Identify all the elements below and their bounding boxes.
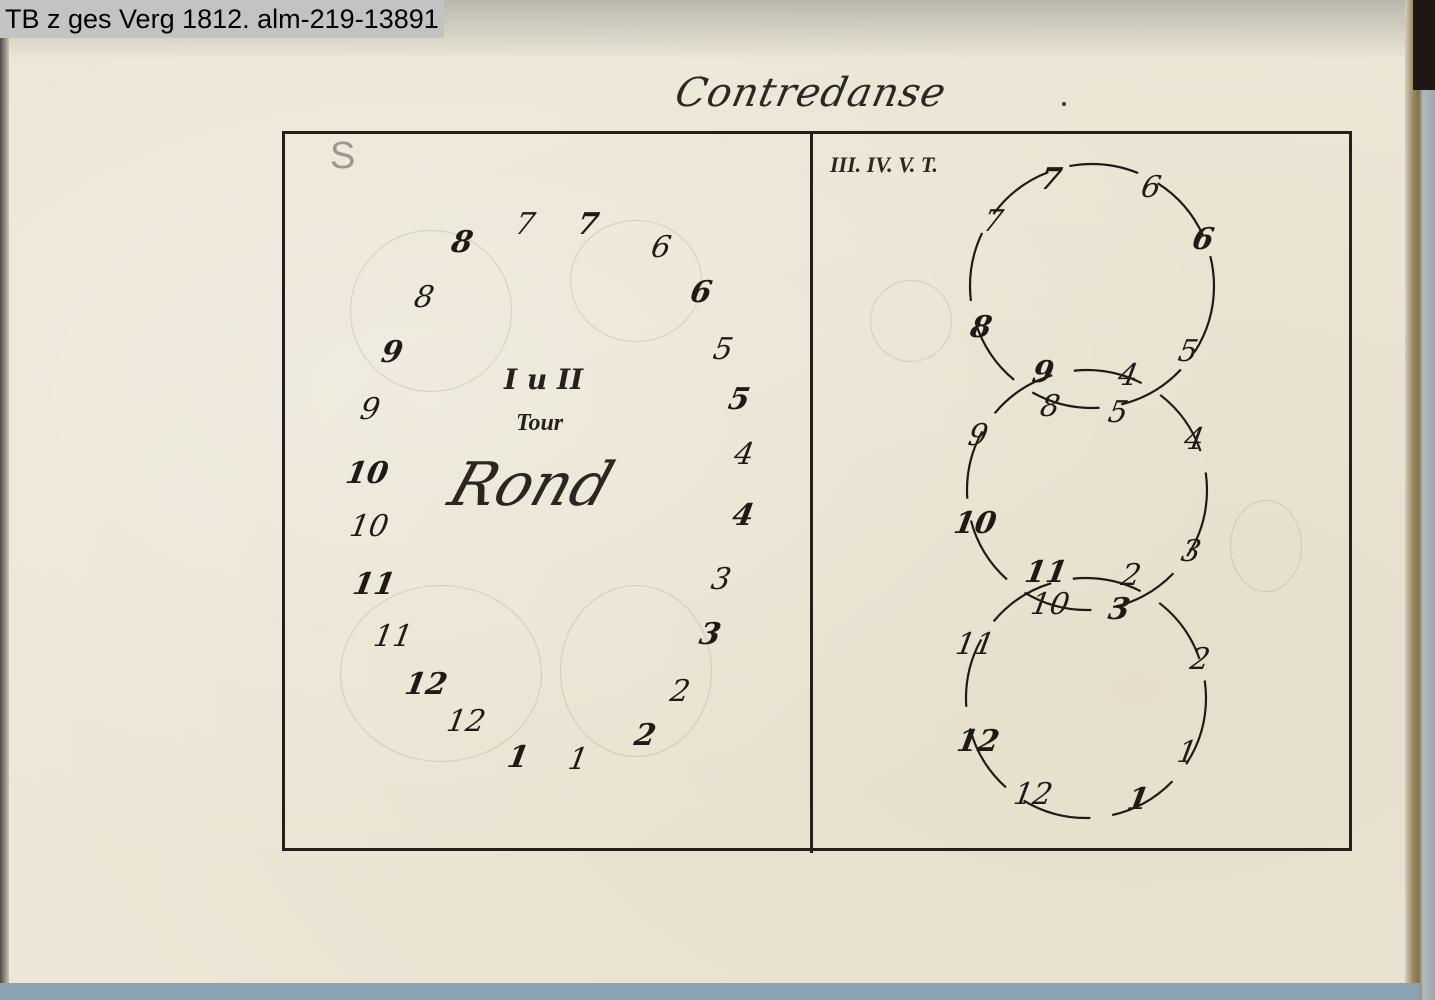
dancer-number: 11 — [953, 630, 996, 660]
dancer-number: 12 — [954, 727, 1001, 757]
dancer-number: 10 — [1028, 590, 1071, 620]
figure-circles — [0, 0, 1435, 1000]
figure-circle — [966, 578, 1206, 818]
dancer-number: 12 — [1011, 780, 1054, 810]
dancer-number: 10 — [951, 509, 998, 539]
figure-circle — [970, 164, 1214, 408]
dancer-number: 11 — [1022, 558, 1069, 588]
figure-circle — [967, 370, 1207, 610]
